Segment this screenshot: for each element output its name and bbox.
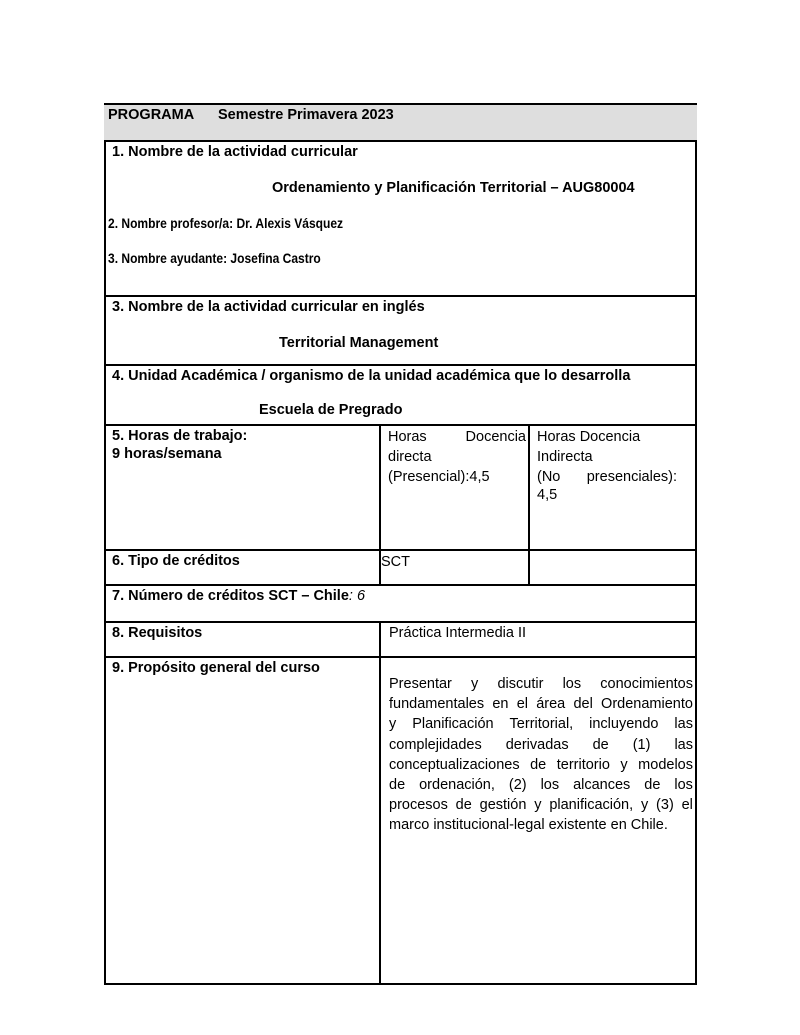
- section9-heading: 9. Propósito general del curso: [112, 659, 320, 677]
- direct-hours-word2: Docencia: [466, 428, 526, 446]
- indirect-hours-line3: (No presenciales):: [537, 468, 677, 486]
- section5-heading: 5. Horas de trabajo:: [112, 427, 247, 445]
- section8-heading: 8. Requisitos: [112, 624, 202, 642]
- purpose-line: Presentarydiscutirlosconocimientos: [389, 674, 693, 694]
- section1-bottom-border: [104, 295, 697, 297]
- credits-label: 7. Número de créditos SCT – Chile: [112, 588, 349, 604]
- semester-label: Semestre Primavera 2023: [218, 106, 394, 124]
- english-course-name: Territorial Management: [279, 334, 438, 352]
- section3-bottom-border: [104, 364, 697, 366]
- section4-bottom-border: [104, 424, 697, 426]
- table-left-border: [104, 140, 106, 985]
- assistant-name: 3. Nombre ayudante: Josefina Castro: [108, 249, 321, 267]
- indirect-hours-word1: (No: [537, 468, 560, 486]
- section7-bottom-border: [104, 621, 697, 623]
- direct-hours-line1: Horas Docencia: [388, 428, 526, 446]
- purpose-line: deordenación,(2)losalcancesdelos: [389, 775, 693, 795]
- section5-bottom-border: [104, 549, 697, 551]
- purpose-line: complejidadesderivadasde(1)las: [389, 735, 693, 755]
- section1-heading: 1. Nombre de la actividad curricular: [112, 143, 358, 161]
- purpose-line: yPlanificaciónTerritorial,incluyendolas: [389, 714, 693, 734]
- course-name: Ordenamiento y Planificación Territorial…: [272, 179, 635, 197]
- indirect-hours-line2: Indirecta: [537, 448, 593, 466]
- section8-bottom-border: [104, 656, 697, 658]
- direct-hours-line2: directa: [388, 448, 432, 466]
- credit-type: SCT: [381, 553, 410, 571]
- indirect-hours-word2: presenciales):: [587, 468, 677, 486]
- purpose-line: procesosdegestiónyplanificación,y(3)el: [389, 795, 693, 815]
- table-right-border: [695, 140, 697, 985]
- column-divider: [379, 424, 381, 985]
- section4-heading: 4. Unidad Académica / organismo de la un…: [112, 367, 630, 385]
- purpose-line: conceptualizacionesdeterritorioymodelos: [389, 755, 693, 775]
- course-purpose: Presentarydiscutirlosconocimientos funda…: [389, 674, 693, 836]
- program-label: PROGRAMA: [108, 106, 194, 124]
- indirect-hours-value: 4,5: [537, 486, 557, 504]
- column-divider-2: [528, 424, 530, 585]
- table-bottom-border: [104, 983, 697, 985]
- section3-heading: 3. Nombre de la actividad curricular en …: [112, 298, 425, 316]
- section7-heading: 7. Número de créditos SCT – Chile: 6: [112, 587, 365, 605]
- indirect-hours-line1: Horas Docencia: [537, 428, 640, 446]
- prerequisites: Práctica Intermedia II: [389, 624, 526, 642]
- direct-hours-word1: Horas: [388, 428, 427, 446]
- credits-value: : 6: [349, 588, 365, 604]
- table-top-border: [104, 103, 697, 105]
- professor-name: 2. Nombre profesor/a: Dr. Alexis Vásquez: [108, 214, 343, 232]
- academic-unit: Escuela de Pregrado: [259, 401, 402, 419]
- purpose-line: marco institucional-legal existente en C…: [389, 815, 693, 835]
- direct-hours-value: (Presencial):4,5: [388, 468, 490, 486]
- purpose-line: fundamentaleseneláreadelOrdenamiento: [389, 694, 693, 714]
- section1-top-border: [104, 140, 697, 142]
- weekly-hours: 9 horas/semana: [112, 445, 222, 463]
- section6-heading: 6. Tipo de créditos: [112, 552, 240, 570]
